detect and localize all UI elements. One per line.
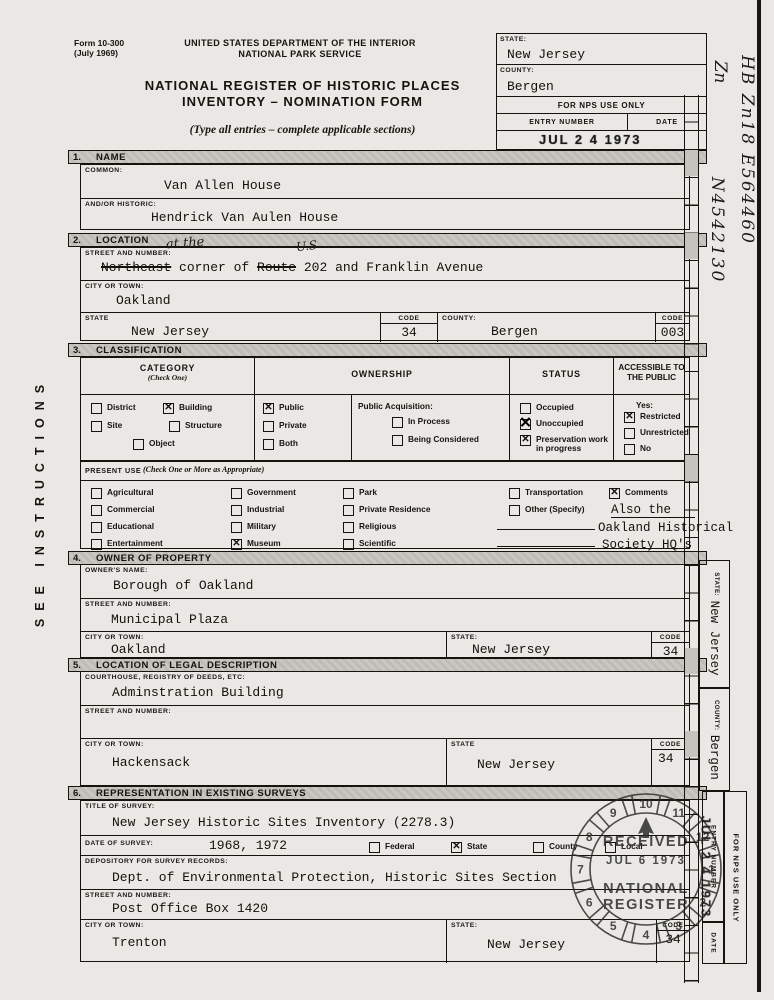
section-title: REPRESENTATION IN EXISTING SURVEYS <box>84 788 306 799</box>
section-title: CLASSIFICATION <box>84 345 182 356</box>
city-label: CITY OR TOWN: <box>85 741 144 748</box>
state-survey-checkbox: State <box>451 842 487 853</box>
acquisition-title: Public Acquisition: <box>358 401 433 411</box>
county-value: Bergen <box>507 79 554 94</box>
comments-checkbox: Comments <box>609 488 668 499</box>
form-date: (July 1969) <box>74 48 124 58</box>
educational-checkbox: Educational <box>91 522 154 533</box>
section-number: 6. <box>69 788 84 799</box>
structure-checkbox: Structure <box>169 421 222 432</box>
location-fields: STREET AND NUMBER: Northeast corner of R… <box>80 247 690 341</box>
type-instructions: (Type all entries – complete applicable … <box>105 124 500 136</box>
ownership-cell: Public Private Both <box>254 395 351 460</box>
tick-cell-filled <box>685 150 698 176</box>
common-name-label: COMMON: <box>85 167 122 174</box>
depository-label: DEPOSITORY FOR SURVEY RECORDS: <box>85 858 228 865</box>
state-label: STATE: <box>451 922 478 929</box>
status-cell: Occupied Unoccupied Preservation work in… <box>509 395 613 460</box>
state-label: STATE: <box>500 36 527 43</box>
agricultural-checkbox: Agricultural <box>91 488 154 499</box>
category-header: CATEGORY <box>81 363 254 373</box>
code-label: CODE <box>381 313 437 324</box>
survey-date-label: DATE OF SURVEY: <box>85 840 153 847</box>
section-title: LOCATION OF LEGAL DESCRIPTION <box>84 660 277 671</box>
received-date-stamp: JUL 2 4 1973 <box>539 132 642 147</box>
historic-name-label: AND/OR HISTORIC: <box>85 201 156 208</box>
page-edge-line <box>757 0 761 992</box>
yes-label: Yes: <box>636 400 653 410</box>
margin-state-box: STATE: New Jersey <box>699 560 730 688</box>
state-label: STATE <box>85 315 109 322</box>
handwriting-zone: Zn <box>710 61 730 84</box>
classification-table: CATEGORY (Check One) OWNERSHIP STATUS AC… <box>80 357 690 461</box>
scientific-checkbox: Scientific <box>343 539 396 550</box>
category-cell: District Building Site Structure Object <box>81 395 254 460</box>
street-value: Municipal Plaza <box>111 612 228 627</box>
state-value: New Jersey <box>472 642 550 657</box>
city-label: CITY OR TOWN: <box>85 634 144 641</box>
tick-cell-filled <box>685 648 698 674</box>
comments-typed-line1: Also the <box>611 503 695 518</box>
street-value: Post Office Box 1420 <box>112 901 268 916</box>
legal-description-fields: COURTHOUSE, REGISTRY OF DEEDS, ETC: Admi… <box>80 671 690 786</box>
owner-name-label: OWNER'S NAME: <box>85 567 148 574</box>
section-number: 3. <box>69 345 84 356</box>
tick-cell-filled <box>685 731 698 757</box>
nps-use-only-label: FOR NPS USE ONLY <box>497 96 706 113</box>
svg-text:JUL 6 1973: JUL 6 1973 <box>606 855 686 867</box>
county-label: COUNTY: <box>442 315 476 322</box>
scanned-nomination-form: Form 10-300 (July 1969) UNITED STATES DE… <box>0 0 774 1000</box>
section-number: 2. <box>69 235 84 246</box>
private-residence-checkbox: Private Residence <box>343 505 430 516</box>
occupied-checkbox: Occupied <box>520 403 574 414</box>
accessible-cell: Yes: Restricted Unrestricted No <box>613 395 689 460</box>
no-checkbox: No <box>624 444 651 455</box>
transportation-checkbox: Transportation <box>509 488 583 499</box>
restricted-checkbox: Restricted <box>624 412 681 423</box>
margin-county-value: Bergen <box>707 734 721 779</box>
section-1-bar: 1. NAME <box>68 150 707 164</box>
state-label: STATE <box>451 741 475 748</box>
street-label: STREET AND NUMBER: <box>85 892 171 899</box>
religious-checkbox: Religious <box>343 522 396 533</box>
margin-state-label: STATE: <box>713 572 719 596</box>
category-subheader: (Check One) <box>81 373 254 382</box>
svg-text:5: 5 <box>610 919 617 933</box>
margin-tick-strip <box>684 95 699 983</box>
public-checkbox: Public <box>263 403 304 414</box>
tick-cell-filled <box>685 233 698 259</box>
handwritten-at-the: at the <box>166 235 205 253</box>
present-use-note: (Check One or More as Appropriate) <box>143 465 264 474</box>
ownership-header: OWNERSHIP <box>255 369 509 379</box>
object-checkbox: Object <box>133 439 175 450</box>
name-fields: COMMON: Van Allen House AND/OR HISTORIC:… <box>80 164 690 230</box>
county-value: Bergen <box>491 324 538 339</box>
tick-cell-filled <box>685 455 698 481</box>
being-considered-checkbox: Being Considered <box>392 435 479 446</box>
section-title: LOCATION <box>84 235 149 246</box>
unrestricted-checkbox: Unrestricted <box>624 428 689 439</box>
state-value: New Jersey <box>477 757 555 772</box>
margin-handwriting-2b: N4542130 <box>717 230 774 250</box>
section-title: NAME <box>84 152 126 163</box>
in-process-checkbox: In Process <box>392 417 450 428</box>
state-value: New Jersey <box>507 47 585 62</box>
historic-name-value: Hendrick Van Aulen House <box>151 210 338 225</box>
margin-date-stamp: JUL 2 4 1973 <box>706 866 774 884</box>
handwriting-utm-northing: N4542130 <box>707 177 727 284</box>
margin-handwriting-2a: Zn <box>720 72 743 92</box>
other-specify-checkbox: Other (Specify) <box>509 505 584 516</box>
common-name-value: Van Allen House <box>164 178 281 193</box>
street-label: STREET AND NUMBER: <box>85 250 171 257</box>
svg-text:8: 8 <box>586 830 593 844</box>
both-checkbox: Both <box>263 439 298 450</box>
section-5-bar: 5. LOCATION OF LEGAL DESCRIPTION <box>68 658 707 672</box>
accessible-header: ACCESSIBLE TO THE PUBLIC <box>614 363 689 383</box>
street-label: STREET AND NUMBER: <box>85 601 171 608</box>
owner-fields: OWNER'S NAME: Borough of Oakland STREET … <box>80 564 690 658</box>
form-title-line2: INVENTORY – NOMINATION FORM <box>105 94 500 110</box>
agency-line1: UNITED STATES DEPARTMENT OF THE INTERIOR <box>130 38 470 49</box>
city-value: Oakland <box>111 642 166 657</box>
present-use-box: PRESENT USE (Check One or More as Approp… <box>80 461 690 549</box>
margin-date-box: DATE <box>702 922 724 964</box>
depository-value: Dept. of Environmental Protection, Histo… <box>112 870 557 885</box>
blank-line <box>497 546 595 547</box>
entry-number-label: ENTRY NUMBER <box>497 114 627 130</box>
present-use-label: PRESENT USE <box>85 466 141 475</box>
form-title-line1: NATIONAL REGISTER OF HISTORIC PLACES <box>105 78 500 94</box>
margin-date-stamp-text: JUL 2 4 1973 <box>699 816 714 919</box>
svg-text:NATIONAL: NATIONAL <box>603 881 689 897</box>
federal-checkbox: Federal <box>369 842 415 853</box>
state-value: New Jersey <box>487 937 565 952</box>
building-checkbox: Building <box>163 403 212 414</box>
svg-text:10: 10 <box>639 797 653 811</box>
city-label: CITY OR TOWN: <box>85 922 144 929</box>
section-number: 4. <box>69 553 84 564</box>
courthouse-label: COURTHOUSE, REGISTRY OF DEEDS, ETC: <box>85 674 245 681</box>
comments-typed-line2: Oakland Historical <box>598 521 733 535</box>
svg-text:REGISTER: REGISTER <box>603 897 689 913</box>
commercial-checkbox: Commercial <box>91 505 155 516</box>
svg-text:7: 7 <box>577 863 584 877</box>
industrial-checkbox: Industrial <box>231 505 284 516</box>
svg-text:4: 4 <box>643 928 650 942</box>
survey-title-value: New Jersey Historic Sites Inventory (227… <box>112 815 455 830</box>
private-checkbox: Private <box>263 421 307 432</box>
svg-text:RECEIVED: RECEIVED <box>603 834 689 850</box>
city-value: Oakland <box>116 293 171 308</box>
section-title: OWNER OF PROPERTY <box>84 553 212 564</box>
site-checkbox: Site <box>91 421 122 432</box>
see-instructions-text: SEE INSTRUCTIONS <box>33 377 47 627</box>
status-header: STATUS <box>510 369 613 379</box>
owner-name-value: Borough of Oakland <box>113 578 253 593</box>
city-value: Trenton <box>112 935 167 950</box>
margin-date-label: DATE <box>710 932 717 953</box>
military-checkbox: Military <box>231 522 276 533</box>
section-2-bar: 2. LOCATION <box>68 233 707 247</box>
form-number: Form 10-300 <box>74 38 124 48</box>
district-checkbox: District <box>91 403 136 414</box>
margin-county-label: COUNTY: <box>713 700 719 730</box>
street-label: STREET AND NUMBER: <box>85 708 171 715</box>
courthouse-value: Adminstration Building <box>112 685 284 700</box>
section-3-bar: 3. CLASSIFICATION <box>68 343 707 357</box>
state-label: STATE: <box>451 634 478 641</box>
agency-line2: NATIONAL PARK SERVICE <box>130 49 470 60</box>
state-value: New Jersey <box>131 324 209 339</box>
section-4-bar: 4. OWNER OF PROPERTY <box>68 551 707 565</box>
entertainment-checkbox: Entertainment <box>91 539 163 550</box>
park-checkbox: Park <box>343 488 377 499</box>
margin-county-box: COUNTY: Bergen <box>699 688 730 791</box>
acquisition-cell: Public Acquisition: In Process Being Con… <box>351 395 509 460</box>
government-checkbox: Government <box>231 488 296 499</box>
svg-text:9: 9 <box>610 806 617 820</box>
survey-date-value: 1968, 1972 <box>209 838 287 853</box>
city-value: Hackensack <box>112 755 190 770</box>
svg-text:3: 3 <box>675 919 682 933</box>
street-value: Northeast corner of Route 202 and Frankl… <box>101 260 483 275</box>
section-number: 1. <box>69 152 84 163</box>
blank-line <box>497 529 595 530</box>
survey-title-label: TITLE OF SURVEY: <box>85 803 155 810</box>
present-use-grid: Agricultural Commercial Educational Ente… <box>81 480 689 550</box>
nps-use-box: STATE: New Jersey COUNTY: Bergen FOR NPS… <box>496 33 707 150</box>
svg-text:6: 6 <box>586 895 593 909</box>
county-label: COUNTY: <box>500 67 534 74</box>
margin-state-value: New Jersey <box>707 601 721 676</box>
city-label: CITY OR TOWN: <box>85 283 144 290</box>
handwritten-us: U.S <box>295 238 317 254</box>
preservation-checkbox: Preservation work in progress <box>520 435 610 453</box>
section-number: 5. <box>69 660 84 671</box>
unoccupied-checkbox: Unoccupied <box>520 419 583 430</box>
state-code-value: 34 <box>381 325 437 340</box>
museum-checkbox: Museum <box>231 539 281 550</box>
